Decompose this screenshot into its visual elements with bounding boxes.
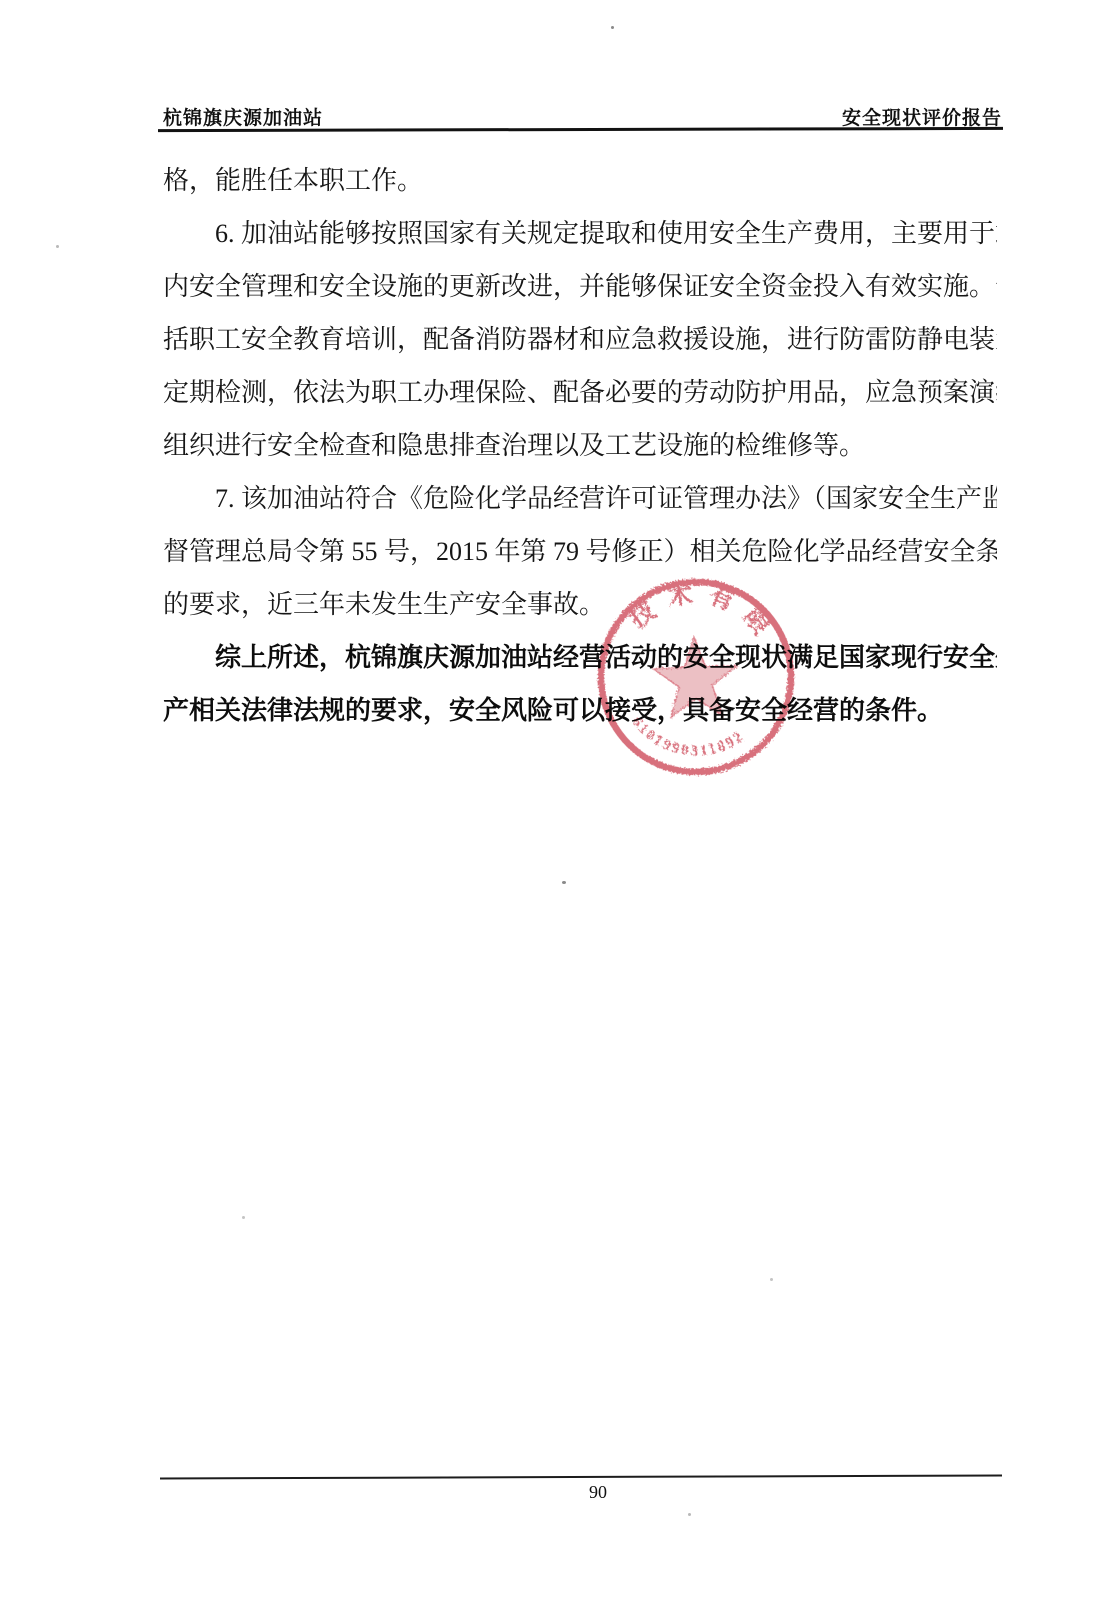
scan-speck xyxy=(242,1216,245,1219)
text-line: 格，能胜任本职工作。 xyxy=(163,154,997,207)
text-line: 6. 加油站能够按照国家有关规定提取和使用安全生产费用，主要用于站 xyxy=(163,207,997,260)
document-body: 格，能胜任本职工作。 6. 加油站能够按照国家有关规定提取和使用安全生产费用，主… xyxy=(163,154,997,737)
scan-speck xyxy=(611,26,614,29)
text-line: 内安全管理和安全设施的更新改进，并能够保证安全资金投入有效实施。包 xyxy=(163,260,997,313)
page-header: 杭锦旗庆源加油站 安全现状评价报告 xyxy=(163,103,1002,130)
text-line: 括职工安全教育培训，配备消防器材和应急救援设施，进行防雷防静电装置 xyxy=(163,313,997,366)
scan-speck xyxy=(770,1278,773,1281)
text-line: 组织进行安全检查和隐患排查治理以及工艺设施的检维修等。 xyxy=(163,419,997,472)
scan-speck xyxy=(56,245,59,248)
footer-rule xyxy=(160,1475,1002,1480)
paragraph: 格，能胜任本职工作。 xyxy=(163,154,997,207)
page-number: 90 xyxy=(163,1482,1033,1503)
text-line: 产相关法律法规的要求，安全风险可以接受，具备安全经营的条件。 xyxy=(163,684,997,737)
text-line: 综上所述，杭锦旗庆源加油站经营活动的安全现状满足国家现行安全生 xyxy=(163,631,997,684)
text-line: 定期检测，依法为职工办理保险、配备必要的劳动防护用品，应急预案演练， xyxy=(163,366,997,419)
header-right-title: 安全现状评价报告 xyxy=(842,103,1002,130)
scan-speck xyxy=(688,1513,691,1516)
text-line: 的要求，近三年未发生生产安全事故。 xyxy=(163,578,997,631)
text-line: 7. 该加油站符合《危险化学品经营许可证管理办法》（国家安全生产监 xyxy=(163,472,997,525)
conclusion-paragraph: 综上所述，杭锦旗庆源加油站经营活动的安全现状满足国家现行安全生 产相关法律法规的… xyxy=(163,631,997,737)
paragraph: 6. 加油站能够按照国家有关规定提取和使用安全生产费用，主要用于站 内安全管理和… xyxy=(163,207,997,472)
scan-speck xyxy=(562,881,566,884)
text-line: 督管理总局令第 55 号，2015 年第 79 号修正）相关危险化学品经营安全条… xyxy=(163,525,997,578)
header-left-title: 杭锦旗庆源加油站 xyxy=(163,103,323,130)
paragraph: 7. 该加油站符合《危险化学品经营许可证管理办法》（国家安全生产监 督管理总局令… xyxy=(163,472,997,631)
